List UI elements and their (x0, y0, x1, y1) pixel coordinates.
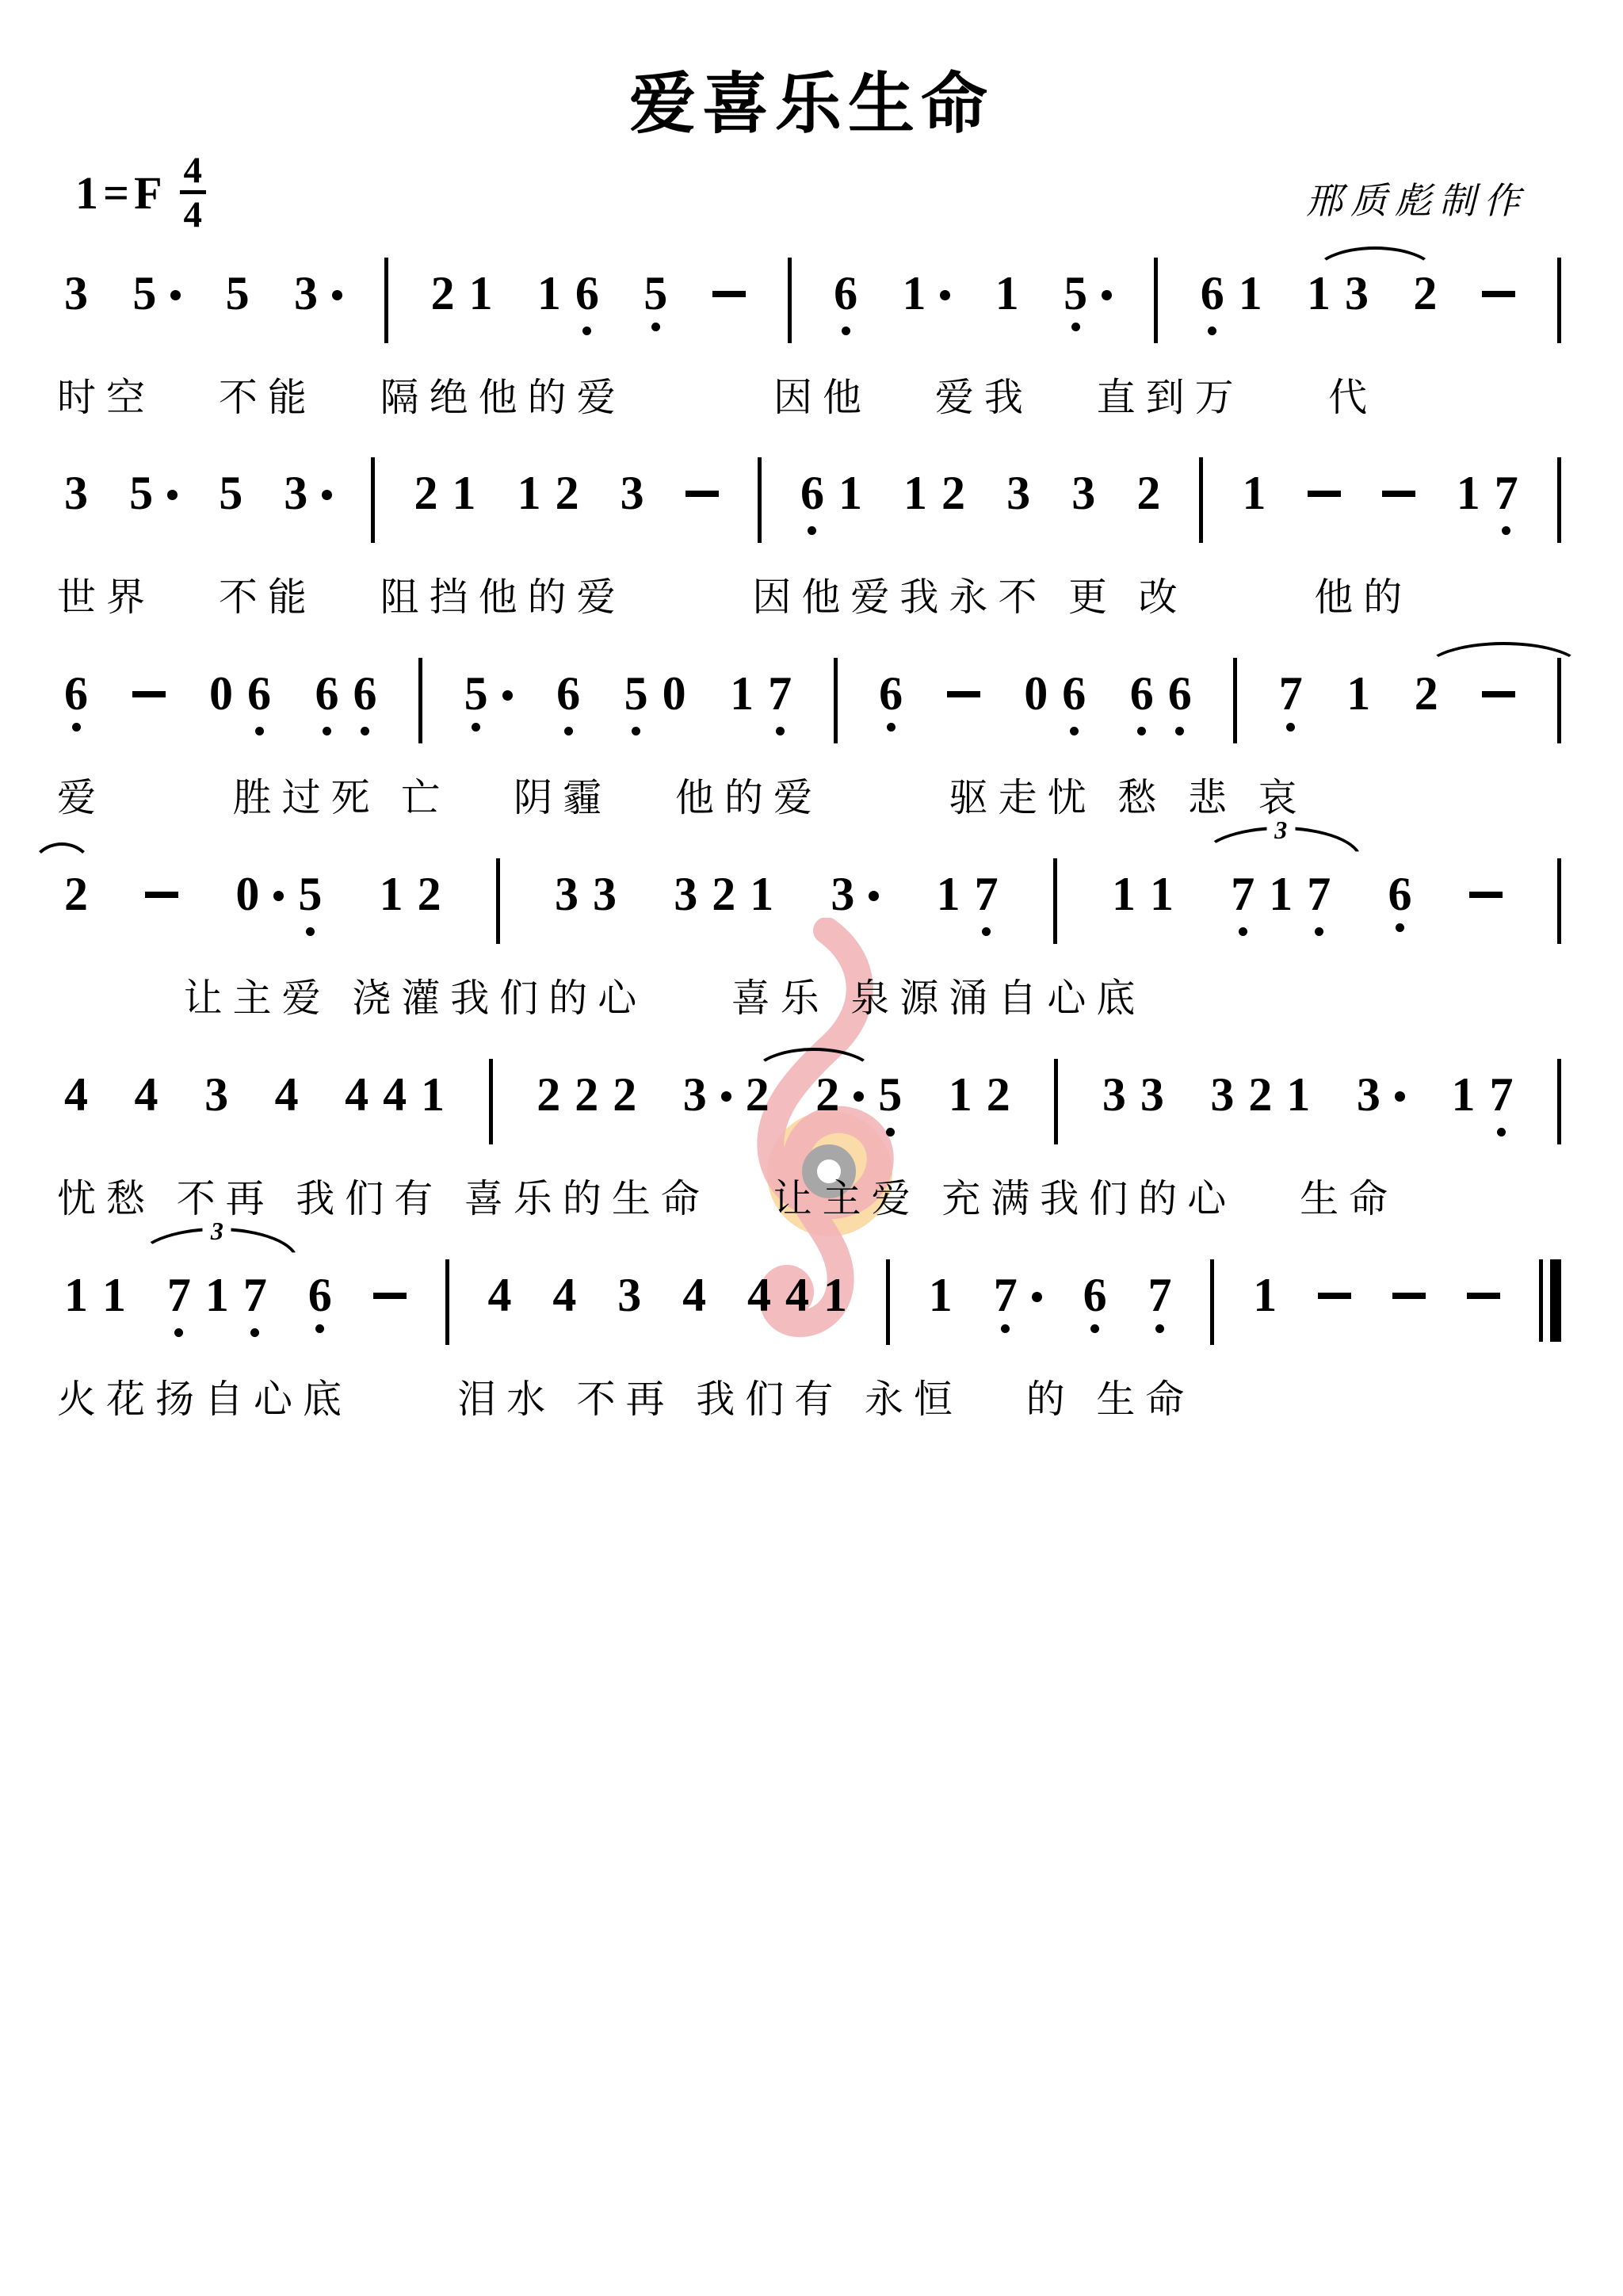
beam-group (753, 470, 766, 556)
note: 4 (128, 1072, 166, 1117)
note: 4 (480, 1272, 518, 1322)
note-number: 7 (994, 1272, 1018, 1318)
beam-group: 33 (548, 871, 624, 921)
beam-group: 3 (57, 470, 95, 520)
beam-group: 4 (57, 1072, 95, 1121)
octave-dot (1315, 927, 1323, 936)
dash-note (1375, 470, 1423, 497)
beam-group: 61 (1193, 270, 1270, 335)
beam-group: 66 (308, 670, 384, 735)
note: 5 (457, 670, 495, 732)
beam-group (491, 871, 505, 957)
beam-group: 16 (530, 270, 606, 335)
beam-group: 5 (636, 270, 674, 331)
note-number: 1 (730, 670, 754, 716)
note: 3 (1064, 470, 1102, 516)
augmentation-dot (160, 470, 185, 500)
notation-line: 1171376443444117671 (57, 1272, 1566, 1366)
beam-group (829, 670, 842, 756)
notation-line: 3553211236112332117 (57, 470, 1566, 563)
note: 6 (240, 670, 278, 735)
note-number: 6 (575, 270, 599, 316)
note: 1 (1279, 1072, 1317, 1121)
beam-group (414, 670, 427, 756)
dash-note (678, 470, 726, 497)
beam-group: 3 (1350, 1072, 1412, 1117)
note-number: 1 (1346, 670, 1370, 716)
note: 3 (610, 1272, 648, 1322)
octave-dot (1090, 1324, 1099, 1333)
note-number: 2 (1136, 470, 1160, 516)
note-number: 3 (1102, 1072, 1126, 1117)
note-number: 1 (1253, 1272, 1277, 1318)
note-number: 6 (1083, 1272, 1107, 1318)
note: 3 (197, 1072, 235, 1121)
note-number: 3 (1210, 1072, 1234, 1117)
beam-group (1462, 871, 1510, 898)
note-number: 4 (345, 1072, 369, 1117)
note: 6 (346, 670, 384, 735)
time-denominator: 4 (180, 190, 207, 235)
beam-group (441, 1272, 454, 1358)
note: 1 (988, 270, 1026, 320)
note: 1 (1246, 1272, 1284, 1318)
note: 1 (372, 871, 411, 921)
note-number: 5 (226, 270, 250, 316)
note: 1 (1339, 670, 1377, 716)
note-number: 1 (750, 871, 773, 917)
barline (1194, 470, 1208, 556)
note: 1 (95, 1272, 133, 1322)
beam-group: 12 (372, 871, 449, 921)
beam-group: 3 (999, 470, 1037, 520)
beam-group (1475, 270, 1522, 297)
beam-group: 2 (1407, 670, 1445, 716)
barline (783, 270, 796, 356)
note: 7 (160, 1272, 198, 1337)
barline (491, 871, 505, 957)
note-number: 3 (617, 1272, 641, 1318)
octave-dot (887, 723, 896, 732)
note-number: 2 (1248, 1072, 1272, 1117)
dash-note (940, 670, 987, 697)
key-signature: 1=F 4 4 (75, 151, 206, 235)
score: 355321165611561132时空 不能 隔绝他的爱 因他 爱我 直到万 … (57, 270, 1566, 1423)
note: 4 (57, 1072, 95, 1121)
dash-note (1460, 1272, 1507, 1299)
octave-dot (886, 1128, 895, 1137)
note-number: 3 (1071, 470, 1095, 516)
lyrics-line: 让主爱 浇灌我们的心 喜乐 泉源涌自心底 (57, 976, 1566, 1022)
beam-group: 13 (1300, 270, 1376, 320)
beam-group (705, 270, 753, 297)
note-number: 1 (995, 270, 1019, 316)
barline (484, 1072, 498, 1157)
beam-group: 3 (287, 270, 349, 316)
note-number: 7 (243, 1272, 267, 1318)
beam-group: 6 (57, 670, 95, 732)
note: 2 (934, 470, 972, 520)
dash-note (125, 670, 173, 697)
note: 1 (445, 470, 483, 520)
music-system-4: 20512333213171171376 让主爱 浇灌我们的心 喜乐 泉源涌自心… (57, 871, 1566, 1022)
barline (753, 470, 766, 556)
beam-group: 3 (197, 1072, 235, 1121)
triplet-bracket: 3 (1200, 827, 1362, 860)
note: 3 (277, 470, 315, 516)
augmentation-dot (163, 270, 188, 300)
note-number: 4 (785, 1272, 809, 1318)
barline (829, 670, 842, 756)
beam-group: 06 (1017, 670, 1093, 735)
note-number: 1 (452, 470, 475, 516)
beam-group (380, 270, 393, 356)
beam-group: 12 (896, 470, 972, 520)
note: 5 (212, 470, 250, 520)
note-number: 0 (209, 670, 233, 716)
octave-dot (651, 323, 660, 331)
note-number: 2 (418, 871, 441, 917)
note: 6 (793, 470, 831, 535)
note-number: 5 (643, 270, 667, 316)
beam-group: 6 (872, 670, 910, 732)
key-label: 1 (75, 166, 98, 220)
note: 2 (407, 470, 445, 520)
note: 4 (338, 1072, 376, 1121)
note-number: 1 (537, 270, 561, 316)
note-number: 1 (64, 1272, 88, 1318)
equals-sign: = (103, 166, 129, 220)
note-number: 6 (353, 670, 377, 716)
note-number: 5 (132, 270, 156, 316)
music-system-1: 355321165611561132时空 不能 隔绝他的爱 因他 爱我 直到万 … (57, 270, 1566, 422)
beam-group: 5 (122, 470, 185, 516)
music-system-5: 443444122232251233321317忧愁 不再 我们有 喜乐的生命 … (57, 1072, 1566, 1223)
note: 6 (57, 670, 95, 732)
note: 13 (198, 1272, 236, 1322)
note-number: 4 (747, 1272, 771, 1318)
note-number: 2 (556, 470, 579, 516)
note: 6 (827, 270, 865, 335)
note: 4 (268, 1072, 306, 1117)
octave-dot (1001, 1324, 1010, 1333)
octave-dot (1208, 327, 1216, 335)
octave-dot (1070, 727, 1079, 735)
note-number: 3 (1006, 470, 1030, 516)
note: 13 (1262, 871, 1300, 921)
augmentation-dot (325, 270, 349, 300)
note-number: 6 (1062, 670, 1086, 716)
octave-dot (472, 723, 480, 732)
note-number: 3 (64, 270, 88, 316)
note: 2 (705, 871, 743, 921)
credit: 邢质彪制作 (1306, 172, 1528, 224)
barline (1552, 470, 1566, 556)
note: 3 (57, 470, 95, 520)
beam-group (1311, 1272, 1358, 1299)
note: 1 (1300, 270, 1338, 320)
barline (1552, 1072, 1566, 1157)
note: 6 (1193, 270, 1232, 335)
note: 3 (57, 270, 95, 320)
note: 2 (529, 1072, 567, 1121)
augmentation-dot (1094, 270, 1119, 300)
note: 2 (1406, 270, 1444, 316)
note: 4 (376, 1072, 414, 1121)
note: 4 (545, 1272, 583, 1318)
note: 7 (1140, 1272, 1178, 1333)
note-number: 1 (937, 871, 960, 917)
note-number: 6 (1201, 270, 1224, 316)
note-number: 3 (593, 871, 617, 917)
beam-group: 1 (1235, 470, 1274, 516)
note: 6 (1076, 1272, 1114, 1333)
note: 5 (219, 270, 257, 320)
note-number: 1 (380, 871, 403, 917)
beam-group: 6 (1076, 1272, 1114, 1333)
barline (1205, 1272, 1219, 1358)
beam-group: 5 (125, 270, 188, 316)
beam-group: 17 (1444, 1072, 1520, 1137)
note-number: 1 (1451, 1072, 1475, 1117)
beam-group: 17 (1449, 470, 1526, 535)
beam-group (678, 470, 726, 497)
barline (366, 470, 380, 556)
note-number: 4 (682, 1272, 706, 1318)
music-system-3: 6066656501760666712爱 胜过死 亡 阴霾 他的爱 驱走忧 愁 … (57, 670, 1566, 822)
note-number: 0 (663, 670, 686, 716)
octave-dot (361, 727, 369, 735)
beam-group (1385, 1272, 1433, 1299)
beam-group (484, 1072, 498, 1157)
note: 5 (636, 270, 674, 331)
note-number: 6 (315, 670, 339, 716)
note: 1 (1235, 470, 1274, 516)
beam-group (1460, 1272, 1507, 1299)
note-number: 6 (1168, 670, 1192, 716)
augmentation-dot (714, 1072, 739, 1102)
note-number: 6 (879, 670, 903, 716)
note-number: 7 (1307, 871, 1331, 917)
note-number: 3 (1140, 1072, 1164, 1117)
note: 5 (617, 670, 655, 735)
note: 3 (999, 470, 1037, 520)
note: 3 (666, 871, 705, 921)
beam-group: 3 (823, 871, 886, 917)
sheet-page: 爱喜乐生命 1=F 4 4 邢质彪制作 355321165611561132时空… (0, 0, 1623, 2296)
beam-group (366, 470, 380, 556)
time-numerator: 4 (180, 151, 207, 190)
beam-group: 4 (545, 1272, 583, 1318)
note: 3 (586, 871, 624, 921)
note: 7 (236, 1272, 274, 1337)
note-number: 6 (64, 670, 88, 716)
note-number: 4 (275, 1072, 299, 1117)
beam-group: 7 (1272, 670, 1310, 732)
beam-group: 3 (57, 270, 95, 320)
note-number: 1 (1112, 871, 1136, 917)
note-number: 7 (975, 871, 999, 917)
note-number: 2 (987, 1072, 1010, 1117)
notation-line: 443444122232251233321317 (57, 1072, 1566, 1165)
note: 1 (723, 670, 761, 720)
beam-group: 6 (1381, 871, 1419, 932)
note: 1 (1105, 871, 1143, 921)
beam-group: 2 (1406, 270, 1444, 316)
beam-group: 17 (930, 871, 1006, 936)
octave-dot (72, 723, 81, 732)
note-number: 1 (1307, 270, 1331, 316)
note-number: 6 (800, 470, 824, 516)
octave-dot (306, 927, 315, 936)
notation-line: 355321165611561132 (57, 270, 1566, 364)
note: 1 (831, 470, 869, 520)
note: 6 (1381, 871, 1419, 932)
note-number: 3 (683, 1072, 707, 1117)
barline (1552, 270, 1566, 356)
beam-group: 4 (675, 1272, 713, 1318)
note-number: 2 (712, 871, 735, 917)
octave-dot (174, 1328, 183, 1337)
beam-group: 11 (1105, 871, 1181, 921)
octave-dot (842, 327, 850, 335)
beam-group: 5 (1056, 270, 1119, 331)
beam-group: 1 (1339, 670, 1377, 716)
note: 6 (1161, 670, 1199, 735)
beam-group: 5 (212, 470, 250, 520)
note: 1 (896, 470, 934, 520)
beam-group: 32 (676, 1072, 777, 1121)
barline (1552, 871, 1566, 957)
note-number: 7 (167, 1272, 191, 1318)
octave-dot (323, 727, 331, 735)
note-number: 5 (129, 470, 153, 516)
beam-group (1552, 670, 1566, 756)
note-number: 3 (555, 871, 579, 917)
note: 2 (1407, 670, 1445, 716)
lyrics-line: 火花扬自心底 泪水 不再 我们有 永恒 的 生命 (57, 1377, 1566, 1423)
rest-note: 0 (228, 871, 266, 921)
note: 1 (930, 871, 968, 921)
lyrics-line: 世界 不能 阻挡他的爱 因他爱我永不 更 改 他的 (57, 575, 1566, 621)
note-number: 3 (1345, 270, 1369, 316)
note-number: 4 (552, 1272, 576, 1318)
octave-dot (1137, 727, 1146, 735)
note: 5 (125, 270, 163, 316)
note-number: 1 (823, 1272, 847, 1318)
note-number: 5 (624, 670, 648, 716)
octave-dot (255, 727, 264, 735)
augmentation-dot (933, 270, 957, 300)
note: 5 (1056, 270, 1094, 331)
note: 1 (1143, 871, 1181, 921)
note-number: 1 (949, 1072, 972, 1117)
note-number: 2 (613, 1072, 636, 1117)
beam-group: 4 (268, 1072, 306, 1117)
note-number: 1 (1286, 1072, 1310, 1117)
note: 3 (613, 470, 651, 516)
dash-note (1311, 1272, 1358, 1299)
beam-group (1194, 470, 1208, 556)
note: 4 (740, 1272, 778, 1322)
note: 1 (816, 1272, 854, 1322)
note-number: 4 (135, 1072, 158, 1117)
note-number: 3 (674, 871, 697, 917)
dash-note (1462, 871, 1510, 898)
note: 6 (301, 1272, 339, 1333)
note-number: 7 (1231, 871, 1254, 917)
note-number: 2 (746, 1072, 769, 1117)
time-signature: 4 4 (180, 151, 207, 235)
note: 3 (1350, 1072, 1388, 1117)
beam-group: 4 (128, 1072, 166, 1117)
octave-dot (1239, 927, 1247, 936)
dash-note (366, 1272, 414, 1299)
note-number: 7 (1489, 1072, 1513, 1117)
beam-group (1149, 270, 1163, 356)
beam-group: 1 (988, 270, 1026, 320)
beam-group (1048, 871, 1062, 957)
note-number: 2 (64, 871, 88, 917)
note: 7 (968, 871, 1006, 936)
note: 1 (743, 871, 781, 921)
lyrics-line: 爱 胜过死 亡 阴霾 他的爱 驱走忧 愁 悲 哀 (57, 775, 1566, 822)
note-number: 6 (834, 270, 857, 316)
note-number: 3 (831, 871, 854, 917)
barline (1049, 1072, 1063, 1157)
dash-note (1475, 670, 1522, 697)
octave-dot (1155, 1324, 1164, 1333)
note: 4 (778, 1272, 816, 1322)
note-number: 5 (219, 470, 242, 516)
beam-group: 33 (1095, 1072, 1171, 1121)
beam-group (1300, 470, 1348, 497)
note-number: 7 (1495, 470, 1518, 516)
note-number: 1 (421, 1072, 445, 1117)
note: 1 (922, 1272, 960, 1322)
barline (1048, 871, 1062, 957)
beam-group: 7137 (1224, 871, 1338, 936)
key-value: F (134, 166, 162, 220)
note-number: 2 (815, 1072, 839, 1117)
beam-group: 12 (941, 1072, 1018, 1121)
note: 1 (1449, 470, 1487, 520)
note-number: 5 (464, 670, 488, 716)
beam-group: 2 (57, 871, 95, 917)
dash-note (1300, 470, 1348, 497)
note-number: 2 (414, 470, 437, 516)
augmentation-dot (495, 670, 520, 701)
note: 2 (548, 470, 586, 520)
music-system-6: 1171376443444117671火花扬自心底 泪水 不再 我们有 永恒 的… (57, 1272, 1566, 1423)
note-number: 2 (431, 270, 455, 316)
octave-dot (982, 927, 991, 936)
note: 2 (424, 270, 462, 320)
note: 1 (462, 270, 500, 320)
dash-note (1475, 270, 1522, 297)
note: 1 (530, 270, 568, 320)
note-number: 3 (284, 470, 307, 516)
beam-group: 7137 (160, 1272, 274, 1337)
note: 2 (808, 1072, 846, 1121)
note: 6 (872, 670, 910, 732)
note: 6 (1055, 670, 1093, 735)
beam-group: 06 (202, 670, 278, 735)
note: 2 (1241, 1072, 1279, 1121)
augmentation-dot (266, 871, 291, 901)
beam-group: 1 (922, 1272, 960, 1322)
beam-group: 5 (219, 270, 257, 320)
